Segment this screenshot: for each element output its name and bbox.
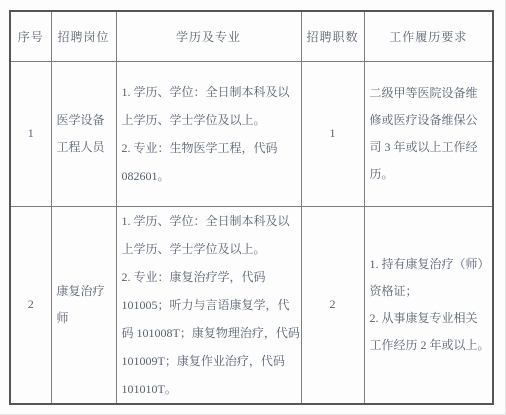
col-header-experience: 工作履历要求 bbox=[364, 11, 493, 61]
position-cell: 医学设备 工程人员 bbox=[51, 61, 116, 206]
experience-cell: 1. 持有康复治疗（师） 资格证； 2. 从事康复专业相关 工作经历 2 年或以… bbox=[364, 206, 493, 404]
col-header-serial: 序号 bbox=[10, 11, 51, 61]
col-header-position: 招聘岗位 bbox=[51, 11, 116, 61]
serial-cell: 2 bbox=[10, 206, 51, 404]
table-row-2: 2 康复治疗 师 1. 学历、学位：全日制本科及以 上学历、学士学位及以上。 2… bbox=[10, 206, 493, 404]
recruitment-table: 序号 招聘岗位 学历及专业 招聘职数 工作履历要求 1 医学设备 工程人员 1.… bbox=[9, 10, 494, 405]
position-cell: 康复治疗 师 bbox=[51, 206, 116, 404]
table-header-row: 序号 招聘岗位 学历及专业 招聘职数 工作履历要求 bbox=[10, 11, 493, 61]
count-cell: 1 bbox=[301, 61, 364, 206]
education-cell: 1. 学历、学位：全日制本科及以 上学历、学士学位及以上。 2. 专业：康复治疗… bbox=[116, 206, 301, 404]
table-row-1: 1 医学设备 工程人员 1. 学历、学位：全日制本科及以 上学历、学士学位及以上… bbox=[10, 61, 493, 206]
experience-cell: 二级甲等医院设备维 修或医疗设备维保公 司 3 年或以上工作经 历。 bbox=[364, 61, 493, 206]
scanned-document-page: 序号 招聘岗位 学历及专业 招聘职数 工作履历要求 1 医学设备 工程人员 1.… bbox=[0, 0, 506, 415]
count-cell: 2 bbox=[301, 206, 364, 404]
education-cell: 1. 学历、学位：全日制本科及以 上学历、学士学位及以上。 2. 专业：生物医学… bbox=[116, 61, 301, 206]
col-header-count: 招聘职数 bbox=[301, 11, 364, 61]
col-header-education: 学历及专业 bbox=[116, 11, 301, 61]
serial-cell: 1 bbox=[10, 61, 51, 206]
